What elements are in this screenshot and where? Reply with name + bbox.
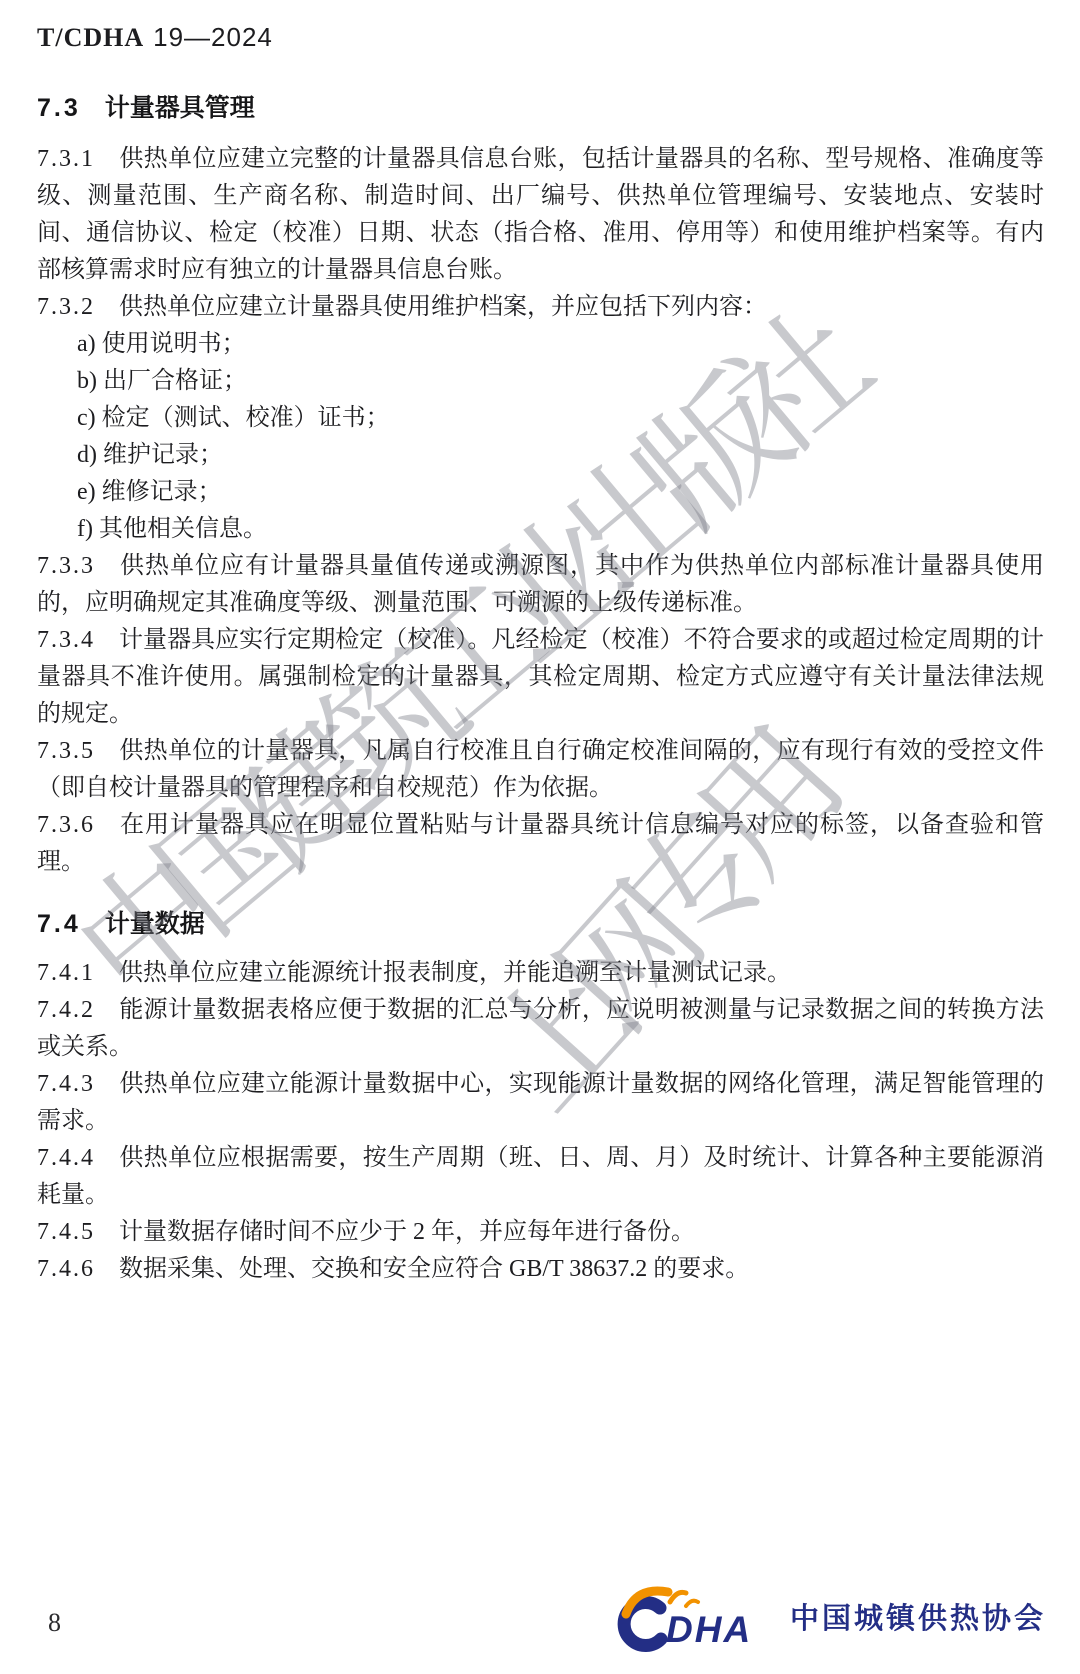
clause-number: 7.4.6 [37, 1256, 95, 1282]
section-heading-7-4: 7.4计量数据 [37, 907, 1044, 941]
section-title: 计量数据 [105, 910, 205, 938]
clause-text: 计量器具应实行定期检定（校准）。凡经检定（校准）不符合要求的或超过检定周期的计量… [37, 627, 1044, 727]
clause-number: 7.3.4 [37, 627, 95, 653]
clause-text: 供热单位应建立能源计量数据中心，实现能源计量数据的网络化管理，满足智能管理的需求… [37, 1071, 1044, 1134]
cdha-logo: DHA 中国城镇供热协会 [614, 1580, 1046, 1652]
clause-7-3-4: 7.3.4计量器具应实行定期检定（校准）。凡经检定（校准）不符合要求的或超过检定… [37, 622, 1044, 733]
clause-number: 7.4.5 [37, 1219, 95, 1245]
clause-number: 7.3.1 [37, 146, 95, 172]
clause-text: 供热单位应建立能源统计报表制度，并能追溯至计量测试记录。 [119, 960, 791, 986]
logo-wave-icon-2 [686, 1601, 698, 1606]
list-item-d: d) 维护记录； [77, 437, 1044, 474]
list-item-a: a) 使用说明书； [77, 326, 1044, 363]
clause-7-4-6: 7.4.6数据采集、处理、交换和安全应符合 GB/T 38637.2 的要求。 [37, 1251, 1044, 1288]
clause-text: 能源计量数据表格应便于数据的汇总与分析，应说明被测量与记录数据之间的转换方法或关… [37, 997, 1044, 1060]
clause-text: 供热单位应建立完整的计量器具信息台账，包括计量器具的名称、型号规格、准确度等级、… [37, 146, 1044, 283]
cdha-logo-mark: DHA [614, 1580, 782, 1652]
page-number: 8 [48, 1608, 61, 1638]
section-number: 7.3 [37, 94, 81, 122]
clause-text: 供热单位应根据需要，按生产周期（班、日、周、月）及时统计、计算各种主要能源消耗量… [37, 1145, 1044, 1208]
logo-wave-icon-1 [670, 1592, 686, 1602]
document-page: T/CDHA19—2024 7.3计量器具管理 7.3.1供热单位应建立完整的计… [0, 0, 1080, 1674]
clause-number: 7.3.3 [37, 553, 95, 579]
clause-number: 7.3.5 [37, 738, 95, 764]
logo-letters: DHA [666, 1609, 752, 1650]
clause-number: 7.3.6 [37, 812, 95, 838]
clause-text: 数据采集、处理、交换和安全应符合 GB/T 38637.2 的要求。 [119, 1256, 749, 1282]
clause-7-3-2-items: a) 使用说明书； b) 出厂合格证； c) 检定（测试、校准）证书； d) 维… [37, 326, 1044, 548]
standard-code-prefix: T/CDHA [37, 23, 144, 52]
clause-text: 在用计量器具应在明显位置粘贴与计量器具统计信息编号对应的标签，以备查验和管理。 [37, 812, 1044, 875]
list-item-f: f) 其他相关信息。 [77, 511, 1044, 548]
clause-7-4-3: 7.4.3供热单位应建立能源计量数据中心，实现能源计量数据的网络化管理，满足智能… [37, 1066, 1044, 1140]
clause-7-4-2: 7.4.2能源计量数据表格应便于数据的汇总与分析，应说明被测量与记录数据之间的转… [37, 992, 1044, 1066]
clause-7-4-5: 7.4.5计量数据存储时间不应少于 2 年，并应每年进行备份。 [37, 1214, 1044, 1251]
clause-text: 供热单位应有计量器具量值传递或溯源图，其中作为供热单位内部标准计量器具使用的，应… [37, 553, 1044, 616]
list-item-b: b) 出厂合格证； [77, 363, 1044, 400]
document-code: T/CDHA19—2024 [37, 22, 1044, 53]
clause-7-4-4: 7.4.4供热单位应根据需要，按生产周期（班、日、周、月）及时统计、计算各种主要… [37, 1140, 1044, 1214]
standard-code-number: 19—2024 [153, 22, 273, 52]
clause-7-3-1: 7.3.1供热单位应建立完整的计量器具信息台账，包括计量器具的名称、型号规格、准… [37, 141, 1044, 289]
list-item-c: c) 检定（测试、校准）证书； [77, 400, 1044, 437]
clause-7-3-3: 7.3.3供热单位应有计量器具量值传递或溯源图，其中作为供热单位内部标准计量器具… [37, 548, 1044, 622]
section-title: 计量器具管理 [105, 94, 255, 122]
clause-number: 7.4.3 [37, 1071, 95, 1097]
list-item-e: e) 维修记录； [77, 474, 1044, 511]
section-heading-7-3: 7.3计量器具管理 [37, 91, 1044, 125]
association-name: 中国城镇供热协会 [790, 1596, 1046, 1637]
clause-7-3-2: 7.3.2供热单位应建立计量器具使用维护档案，并应包括下列内容： [37, 289, 1044, 326]
clause-text: 计量数据存储时间不应少于 2 年，并应每年进行备份。 [119, 1219, 695, 1245]
page-content: T/CDHA19—2024 7.3计量器具管理 7.3.1供热单位应建立完整的计… [37, 0, 1044, 1288]
clause-7-3-5: 7.3.5供热单位的计量器具，凡属自行校准且自行确定校准间隔的，应有现行有效的受… [37, 733, 1044, 807]
clause-7-3-6: 7.3.6在用计量器具应在明显位置粘贴与计量器具统计信息编号对应的标签，以备查验… [37, 807, 1044, 881]
clause-text: 供热单位的计量器具，凡属自行校准且自行确定校准间隔的，应有现行有效的受控文件（即… [37, 738, 1044, 801]
clause-text: 供热单位应建立计量器具使用维护档案，并应包括下列内容： [119, 294, 767, 320]
section-number: 7.4 [37, 910, 81, 938]
clause-number: 7.4.4 [37, 1145, 95, 1171]
clause-number: 7.4.2 [37, 997, 95, 1023]
clause-number: 7.3.2 [37, 294, 95, 320]
clause-number: 7.4.1 [37, 960, 95, 986]
clause-7-4-1: 7.4.1供热单位应建立能源统计报表制度，并能追溯至计量测试记录。 [37, 955, 1044, 992]
